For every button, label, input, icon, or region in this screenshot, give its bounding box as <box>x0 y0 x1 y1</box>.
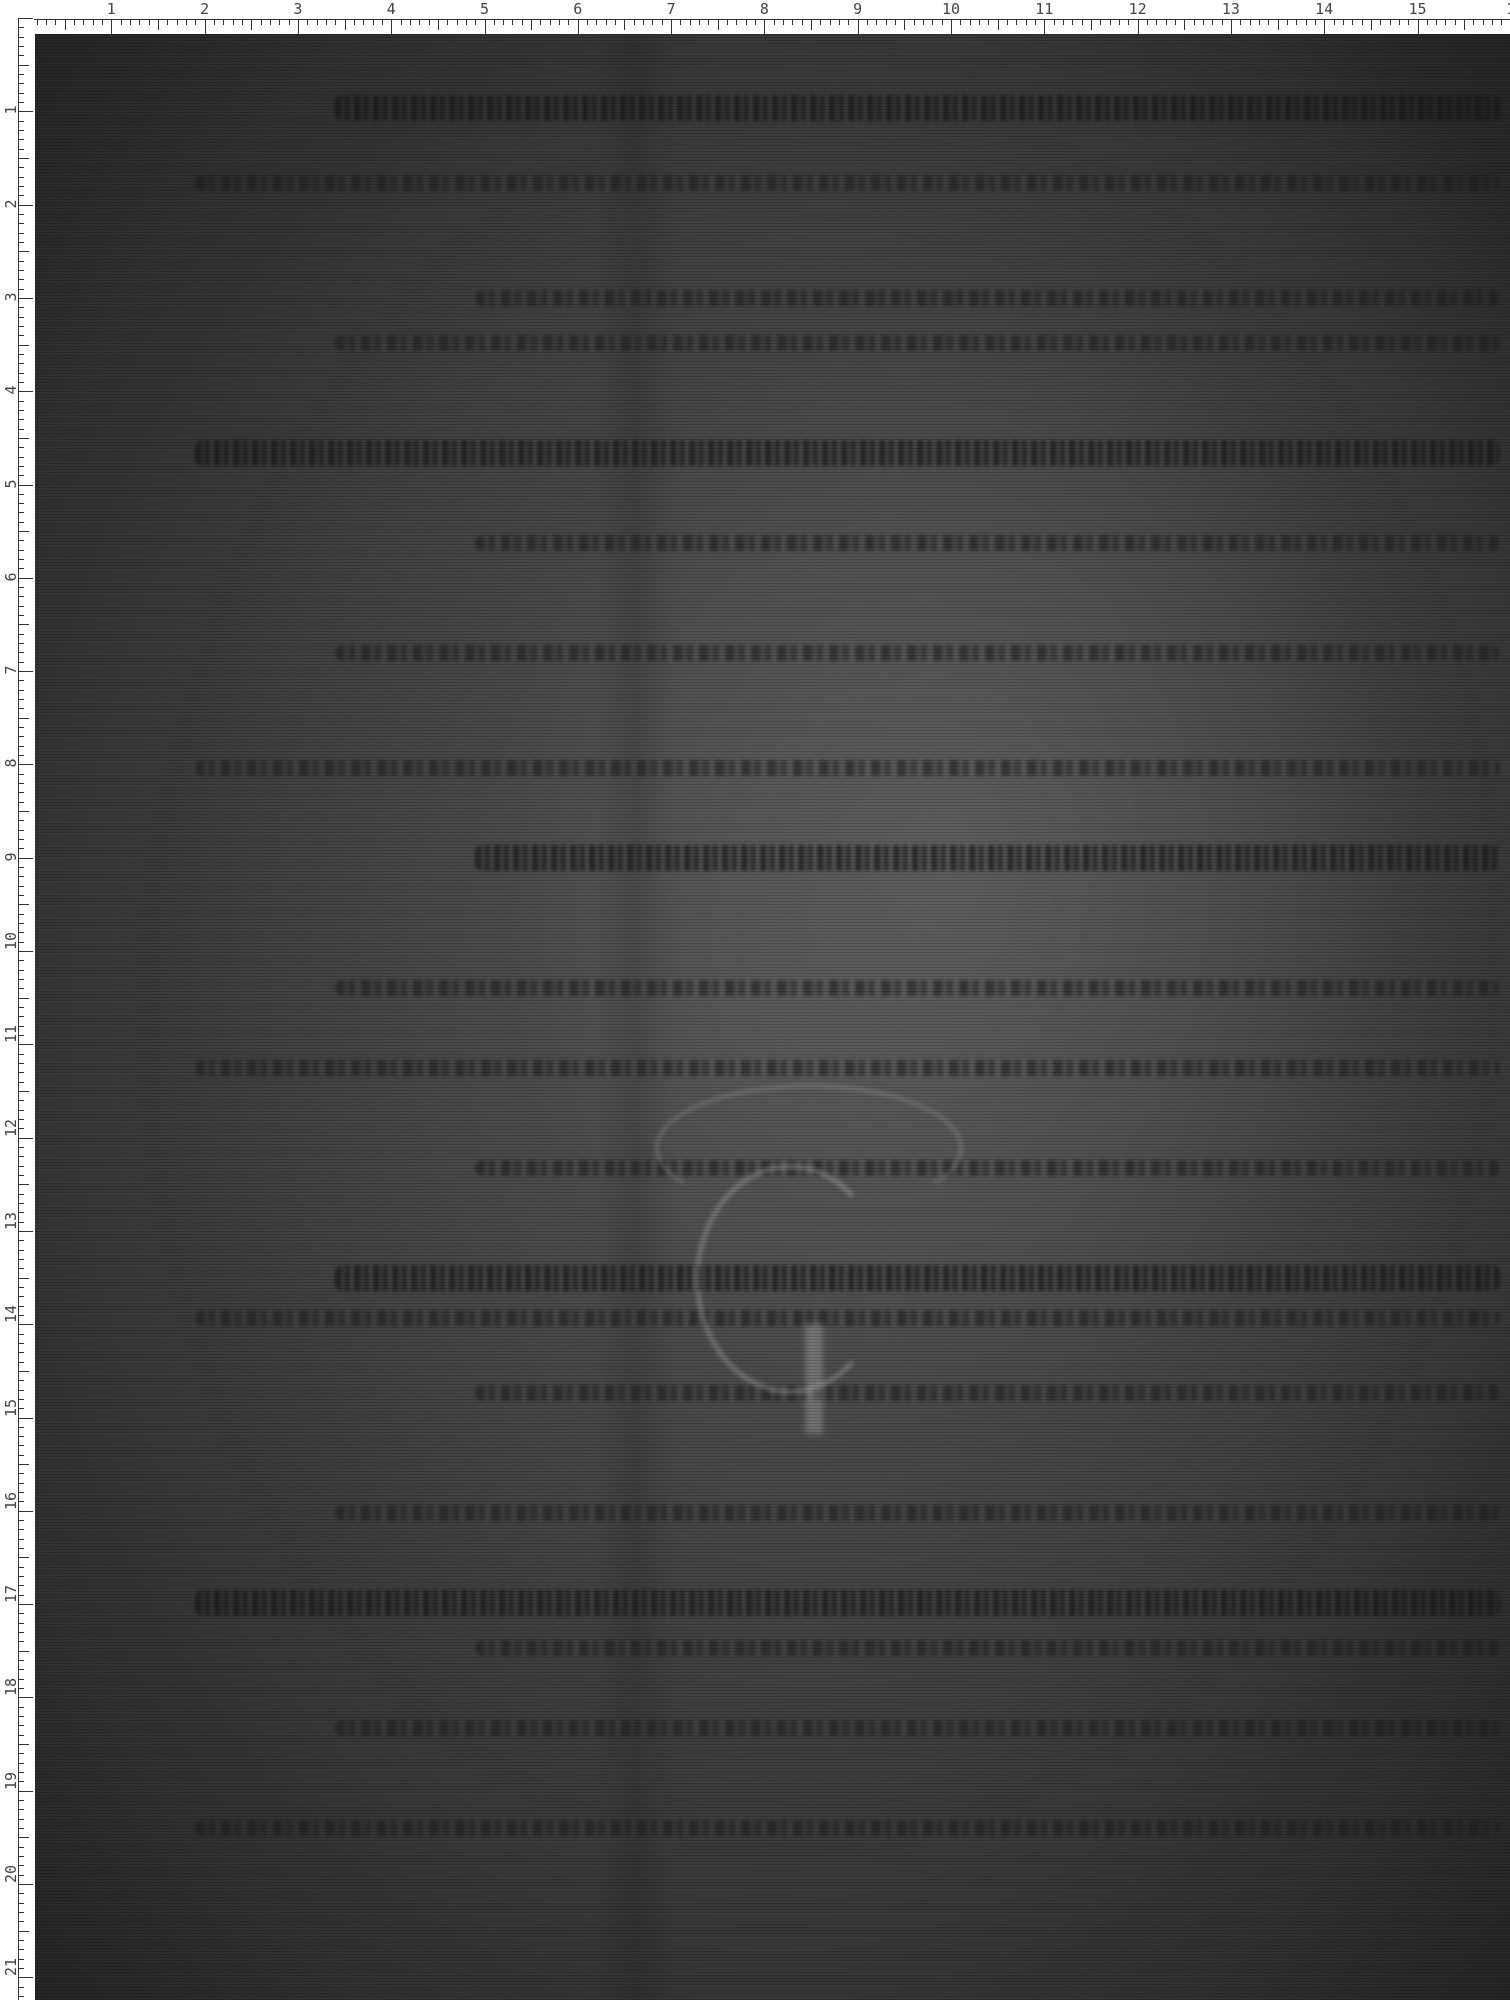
ruler-tick <box>18 74 24 75</box>
ruler-tick <box>18 988 24 989</box>
ruler-tick <box>1166 19 1167 25</box>
ruler-tick <box>568 19 569 25</box>
ruler-tick <box>18 307 24 308</box>
ruler-tick <box>18 1987 24 1988</box>
ruler-tick <box>792 19 793 25</box>
ruler-label: 13 <box>2 1212 20 1230</box>
ruler-tick <box>18 410 24 411</box>
ruler-tick <box>18 512 24 513</box>
ruler-tick <box>270 19 271 25</box>
ruler-tick <box>18 494 24 495</box>
ruler-tick <box>671 19 672 34</box>
ruler-tick <box>18 708 24 709</box>
ruler-tick <box>18 1613 24 1614</box>
ruler-tick <box>1464 19 1465 30</box>
ruler-tick <box>18 867 24 868</box>
ruler-tick <box>466 19 467 25</box>
ruler-tick <box>18 466 24 467</box>
ruler-label: 12 <box>2 1119 20 1137</box>
ruler-tick <box>18 736 24 737</box>
ruler-tick <box>18 139 24 140</box>
ruler-label: 14 <box>2 1305 20 1323</box>
ruler-tick <box>811 19 812 30</box>
ruler-tick <box>18 298 33 299</box>
ruler-tick <box>18 1287 24 1288</box>
ruler-tick <box>634 19 635 25</box>
ruler-tick <box>18 1390 24 1391</box>
ruler-tick <box>830 19 831 25</box>
ruler-tick <box>18 1996 24 1997</box>
ruler-tick <box>18 522 24 523</box>
ruler-tick <box>914 19 915 25</box>
ruler-tick <box>18 923 24 924</box>
ruler-tick <box>149 19 150 25</box>
ruler-tick <box>1296 19 1297 25</box>
ruler-tick <box>18 1660 24 1661</box>
ruler-tick <box>317 19 318 25</box>
ruler-tick <box>18 195 24 196</box>
ruler-tick <box>18 578 33 579</box>
ruler-tick <box>18 979 24 980</box>
ruler-tick <box>18 55 24 56</box>
ruler-tick <box>867 19 868 25</box>
ruler-tick <box>18 755 24 756</box>
ruler-tick <box>18 485 33 486</box>
ruler-tick <box>18 1828 24 1829</box>
ruler-tick <box>1110 19 1111 25</box>
ruler-tick <box>18 317 24 318</box>
ruler-tick <box>18 1427 24 1428</box>
ruler-tick <box>18 652 24 653</box>
ruler-tick <box>18 335 24 336</box>
ruler-tick <box>18 1763 24 1764</box>
ruler-tick <box>18 615 24 616</box>
ruler-tick <box>1278 19 1279 30</box>
ruler-tick <box>1483 19 1484 25</box>
ruler-label: 5 <box>2 479 20 488</box>
ruler-tick <box>93 19 94 25</box>
ruler-tick <box>18 830 24 831</box>
ruler-tick <box>1035 19 1036 25</box>
ruler-tick <box>18 643 24 644</box>
ruler-label: 8 <box>760 0 769 18</box>
ruler-tick <box>18 1791 33 1792</box>
ruler-tick <box>988 19 989 25</box>
ruler-tick <box>18 1110 24 1111</box>
ruler-tick <box>233 19 234 25</box>
ruler-label: 13 <box>1222 0 1240 18</box>
ruler-tick <box>18 895 24 896</box>
ruler-tick <box>18 914 24 915</box>
ruler-tick <box>1492 19 1493 25</box>
ruler-tick <box>820 19 821 25</box>
ruler-tick <box>1147 19 1148 25</box>
ruler-tick <box>1399 19 1400 25</box>
ruler-tick <box>18 1231 33 1232</box>
ruler-left-line <box>18 18 19 2000</box>
ruler-tick <box>596 19 597 25</box>
ruler-label: 7 <box>2 666 20 675</box>
ruler-tick <box>195 19 196 25</box>
ruler-tick <box>708 19 709 25</box>
ruler-tick <box>167 19 168 25</box>
ruler-tick <box>18 680 24 681</box>
ruler-tick <box>18 326 24 327</box>
ruler-tick <box>18 1054 24 1055</box>
ruler-tick <box>1287 19 1288 25</box>
ruler-tick <box>643 19 644 25</box>
ruler-tick <box>858 19 859 34</box>
ruler-tick <box>429 19 430 25</box>
ruler-tick <box>18 93 24 94</box>
ruler-tick <box>18 1156 24 1157</box>
ruler-tick <box>18 1641 24 1642</box>
ruler-tick <box>382 19 383 25</box>
ruler-tick <box>18 1184 29 1185</box>
ruler-tick <box>18 111 33 112</box>
ruler-tick <box>74 19 75 25</box>
ruler-tick <box>18 774 24 775</box>
ruler-tick <box>998 19 999 30</box>
ruler-label: 8 <box>2 759 20 768</box>
ruler-tick <box>410 19 411 25</box>
ruler-tick <box>18 1147 24 1148</box>
ruler-tick <box>18 83 24 84</box>
ruler-tick <box>1007 19 1008 25</box>
scan-line-texture <box>35 34 1510 2000</box>
ruler-tick <box>1054 19 1055 25</box>
ruler-tick <box>970 19 971 25</box>
ruler-tick <box>18 550 24 551</box>
ruler-tick <box>578 19 579 34</box>
ruler-tick <box>18 970 24 971</box>
ruler-tick <box>18 1716 24 1717</box>
ruler-tick <box>18 447 24 448</box>
ruler-tick <box>18 354 24 355</box>
ruler-tick <box>1408 19 1409 25</box>
ruler-tick <box>18 1931 29 1932</box>
ruler-tick <box>606 19 607 25</box>
ruler-label: 2 <box>2 199 20 208</box>
ruler-tick <box>1063 19 1064 25</box>
ruler-tick <box>373 19 374 25</box>
ruler-tick <box>18 401 24 402</box>
ruler-tick <box>18 158 29 159</box>
ruler-tick <box>18 690 24 691</box>
ruler-tick <box>550 19 551 25</box>
ruler-tick <box>18 1324 33 1325</box>
ruler-tick <box>764 19 765 34</box>
ruler-label: 15 <box>2 1398 20 1416</box>
ruler-tick <box>18 1819 24 1820</box>
ruler-tick <box>1231 19 1232 34</box>
ruler-tick <box>475 19 476 25</box>
ruler-tick <box>18 1100 24 1101</box>
ruler-tick <box>923 19 924 25</box>
ruler-tick <box>1427 19 1428 25</box>
ruler-tick <box>662 19 663 25</box>
ruler-tick <box>18 233 24 234</box>
ruler-tick <box>1156 19 1157 25</box>
ruler-label: 6 <box>2 572 20 581</box>
ruler-tick <box>326 19 327 25</box>
ruler-tick <box>18 792 24 793</box>
ruler-label: 10 <box>942 0 960 18</box>
ruler-tick <box>18 718 29 719</box>
ruler-tick <box>1138 19 1139 34</box>
ruler-tick <box>951 19 952 34</box>
ruler-tick <box>18 251 29 252</box>
ruler-tick <box>839 19 840 25</box>
ruler-tick <box>46 19 47 25</box>
ruler-label: 16 <box>2 1492 20 1510</box>
ruler-tick <box>214 19 215 25</box>
ruler-tick <box>18 186 24 187</box>
ruler-tick <box>1100 19 1101 25</box>
ruler-tick <box>727 19 728 25</box>
ruler-tick <box>18 1175 24 1176</box>
ruler-tick <box>1175 19 1176 25</box>
ruler-tick <box>298 19 299 34</box>
ruler-tick <box>18 1529 24 1530</box>
ruler-label: 20 <box>2 1865 20 1883</box>
ruler-tick <box>904 19 905 30</box>
ruler-tick <box>18 606 24 607</box>
ruler-tick <box>18 1623 24 1624</box>
ruler-tick <box>18 559 24 560</box>
ruler-tick <box>18 1445 24 1446</box>
ruler-tick <box>18 1091 29 1092</box>
ruler-tick <box>1250 19 1251 25</box>
ruler-tick <box>18 242 24 243</box>
ruler-tick <box>18 1800 24 1801</box>
ruler-tick <box>1072 19 1073 25</box>
ruler-tick <box>18 1352 24 1353</box>
ruler-tick <box>55 19 56 25</box>
ruler-tick <box>18 531 29 532</box>
ruler-tick <box>354 19 355 25</box>
ruler-tick <box>18 289 24 290</box>
ruler-tick <box>18 429 24 430</box>
ruler-tick <box>18 1240 24 1241</box>
ruler-label: 9 <box>853 0 862 18</box>
ruler-tick <box>774 19 775 25</box>
ruler-tick <box>18 1072 24 1073</box>
ruler-tick <box>18 121 24 122</box>
ruler-tick <box>18 1707 24 1708</box>
ruler-tick <box>1455 19 1456 25</box>
ruler-tick <box>391 19 392 34</box>
ruler-tick <box>18 540 24 541</box>
ruler-tick <box>18 1455 24 1456</box>
ruler-tick <box>18 18 33 19</box>
ruler-tick <box>177 19 178 25</box>
ruler-tick <box>18 587 24 588</box>
ruler-tick <box>979 19 980 25</box>
ruler-tick <box>559 19 560 25</box>
ruler-tick <box>121 19 122 25</box>
ruler-tick <box>242 19 243 25</box>
ruler-tick <box>1362 19 1363 25</box>
ruler-tick <box>18 1278 29 1279</box>
ruler-tick <box>755 19 756 25</box>
ruler-tick <box>18 223 24 224</box>
ruler-tick <box>18 1044 33 1045</box>
ruler-label: 6 <box>573 0 582 18</box>
ruler-tick <box>18 1735 24 1736</box>
ruler-label: 9 <box>2 852 20 861</box>
ruler-tick <box>18 802 24 803</box>
ruler-tick <box>652 19 653 25</box>
ruler-tick <box>1380 19 1381 25</box>
ruler-tick <box>18 662 24 663</box>
ruler-tick <box>942 19 943 25</box>
ruler-tick <box>18 1725 24 1726</box>
ruler-tick <box>783 19 784 25</box>
ruler-tick <box>18 373 24 374</box>
ruler-tick <box>18 1837 29 1838</box>
ruler-tick <box>18 457 24 458</box>
ruler-label: 1 <box>1506 0 1510 18</box>
ruler-tick <box>18 363 24 364</box>
ruler-tick <box>18 214 24 215</box>
ruler-tick <box>485 19 486 34</box>
ruler-tick <box>18 1259 24 1260</box>
ruler-tick <box>18 1651 29 1652</box>
ruler-tick <box>1334 19 1335 25</box>
ruler-tick <box>37 19 38 25</box>
ruler-tick <box>18 811 29 812</box>
ruler-tick <box>1082 19 1083 25</box>
ruler-tick <box>18 820 24 821</box>
ruler-tick <box>65 19 66 30</box>
ruler-label: 14 <box>1315 0 1333 18</box>
ruler-tick <box>18 848 24 849</box>
ruler-tick <box>18 149 24 150</box>
ruler-tick <box>1501 19 1502 25</box>
ruler-tick <box>18 1203 24 1204</box>
ruler-tick <box>335 19 336 25</box>
ruler-tick <box>18 279 24 280</box>
ruler-tick <box>18 261 24 262</box>
ruler-tick <box>18 1912 24 1913</box>
ruler-tick <box>18 699 24 700</box>
ruler-tick <box>18 876 24 877</box>
ruler-tick <box>18 177 24 178</box>
ruler-tick <box>18 1576 24 1577</box>
ruler-label: 1 <box>107 0 116 18</box>
ruler-tick <box>18 419 24 420</box>
ruler-label: 17 <box>2 1585 20 1603</box>
ruler-tick <box>18 746 24 747</box>
ruler-tick <box>18 1296 24 1297</box>
ruler-tick <box>111 19 112 34</box>
ruler-tick <box>1240 19 1241 25</box>
ruler-tick <box>18 503 24 504</box>
ruler-tick <box>18 1604 33 1605</box>
ruler-tick <box>18 1362 24 1363</box>
ruler-tick <box>102 19 103 25</box>
ruler-label: 11 <box>1035 0 1053 18</box>
ruler-tick <box>307 19 308 25</box>
ruler-tick <box>736 19 737 25</box>
ruler-tick <box>279 19 280 25</box>
ruler-tick <box>18 46 24 47</box>
ruler-tick <box>18 1744 29 1745</box>
ruler-label: 3 <box>293 0 302 18</box>
ruler-tick <box>18 438 29 439</box>
ruler-label: 4 <box>387 0 396 18</box>
ruler-tick <box>531 19 532 30</box>
ruler-tick <box>1445 19 1446 25</box>
ruler-tick <box>1212 19 1213 25</box>
ruler-tick <box>223 19 224 25</box>
ruler-tick <box>1268 19 1269 25</box>
ruler-tick <box>18 839 24 840</box>
ruler-tick <box>18 624 29 625</box>
ruler-tick <box>895 19 896 25</box>
ruler-tick <box>18 1557 29 1558</box>
ruler-tick <box>18 1940 24 1941</box>
ruler-tick <box>1194 19 1195 25</box>
ruler-tick <box>18 764 33 765</box>
ruler-tick <box>690 19 691 25</box>
ruler-tick <box>18 1334 24 1335</box>
ruler-tick <box>18 1511 33 1512</box>
ruler-tick <box>1324 19 1325 34</box>
ruler-label: 5 <box>480 0 489 18</box>
ruler-label: 12 <box>1129 0 1147 18</box>
ruler-tick <box>18 671 33 672</box>
ruler-tick <box>932 19 933 25</box>
ruler-tick <box>1184 19 1185 30</box>
ruler-tick <box>18 1418 33 1419</box>
ruler-tick <box>18 1632 24 1633</box>
ruler-tick <box>18 37 24 38</box>
ruler-tick <box>624 19 625 30</box>
ruler-tick <box>1436 19 1437 25</box>
ruler-tick <box>18 1473 24 1474</box>
ruler-tick <box>1203 19 1204 25</box>
ruler-tick <box>18 1669 24 1670</box>
ruler-tick <box>18 1483 24 1484</box>
ruler-tick <box>18 1903 24 1904</box>
ruler-label: 2 <box>200 0 209 18</box>
ruler-tick <box>886 19 887 25</box>
ruler-tick <box>18 130 24 131</box>
ruler-tick <box>503 19 504 25</box>
ruler-tick <box>18 382 24 383</box>
ruler-tick <box>363 19 364 25</box>
ruler-tick <box>1091 19 1092 30</box>
ruler-tick <box>419 19 420 25</box>
ruler-tick <box>18 1082 24 1083</box>
ruler-label: 3 <box>2 292 20 301</box>
ruler-tick <box>1315 19 1316 25</box>
ruler-tick <box>18 1539 24 1540</box>
ruler-tick <box>18 1977 33 1978</box>
ruler-tick <box>18 1016 24 1017</box>
ruler-tick <box>18 205 33 206</box>
ruler-tick <box>1390 19 1391 25</box>
ruler-tick <box>18 998 29 999</box>
ruler-tick <box>18 886 24 887</box>
ruler-tick <box>289 19 290 25</box>
ruler-tick <box>1259 19 1260 25</box>
ruler-tick <box>1352 19 1353 25</box>
ruler-tick <box>494 19 495 25</box>
ruler-tick <box>261 19 262 25</box>
